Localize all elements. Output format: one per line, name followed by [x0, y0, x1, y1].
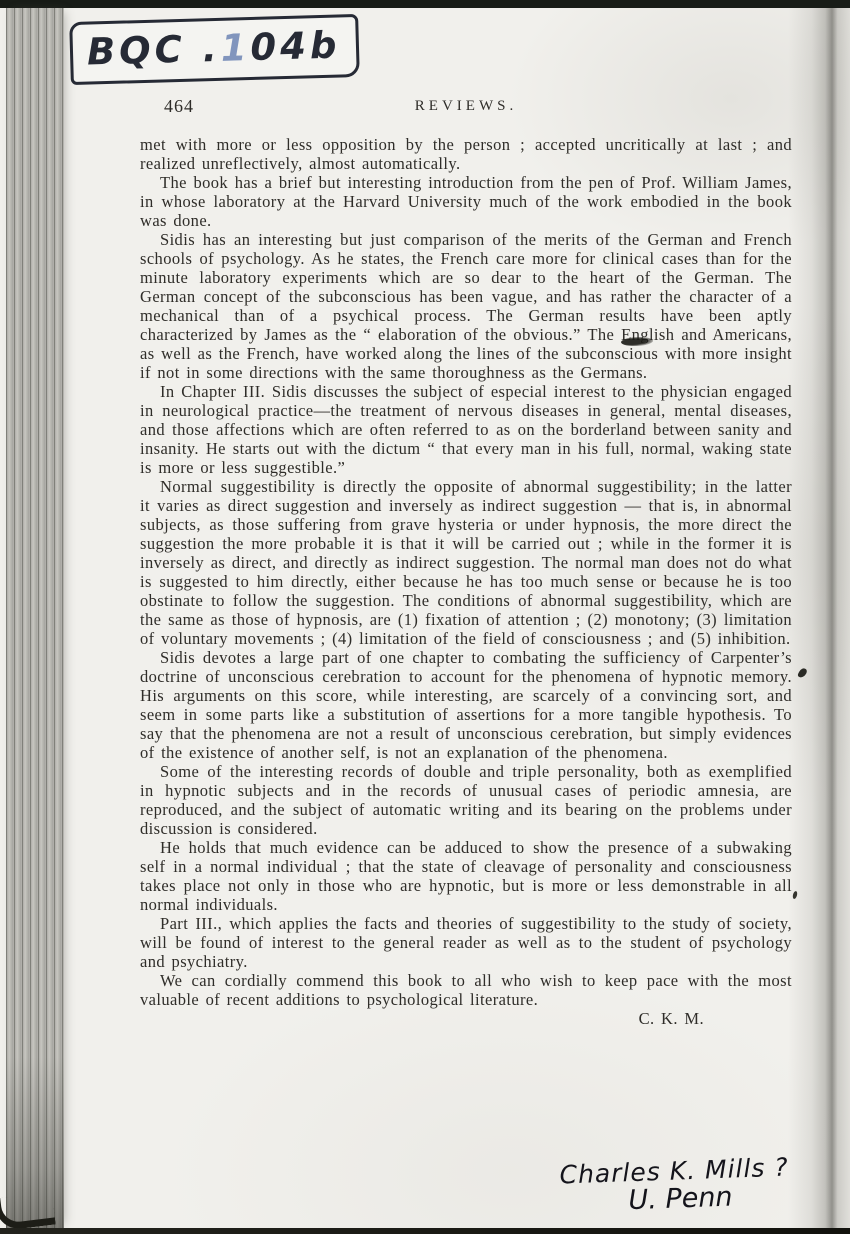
paragraph: In Chapter III. Sidis discusses the subj…	[140, 382, 792, 477]
paragraph: Normal suggestibility is directly the op…	[140, 477, 792, 648]
book-binding-page-edges	[6, 8, 64, 1228]
reviewer-initials: C. K. M.	[140, 1009, 792, 1028]
paragraph: Sidis devotes a large part of one chapte…	[140, 648, 792, 762]
call-number-prefix: BQC .	[86, 27, 221, 74]
page-header: 464 REVIEWS.	[140, 96, 792, 120]
paragraph: He holds that much evidence can be adduc…	[140, 838, 792, 914]
running-head: REVIEWS.	[140, 98, 792, 115]
paragraph: We can cordially commend this book to al…	[140, 971, 792, 1009]
paragraph: met with more or less opposition by the …	[140, 135, 792, 173]
paragraph: Sidis has an interesting but just compar…	[140, 230, 792, 382]
call-number-box: BQC .104b	[69, 14, 360, 85]
scan-top-edge	[0, 0, 850, 8]
scan-bottom-edge	[0, 1228, 850, 1234]
review-text-column: met with more or less opposition by the …	[140, 135, 792, 1028]
handwritten-annotation: Charles K. Mills ? U. Penn	[559, 1151, 821, 1218]
page-gutter-shadow	[788, 8, 850, 1228]
paragraph: Part III., which applies the facts and t…	[140, 914, 792, 971]
call-number-stamped-digit: 1	[220, 26, 251, 70]
paragraph: The book has a brief but interesting int…	[140, 173, 792, 230]
call-number-suffix: 04b	[250, 23, 341, 68]
paragraph: Some of the interesting records of doubl…	[140, 762, 792, 838]
